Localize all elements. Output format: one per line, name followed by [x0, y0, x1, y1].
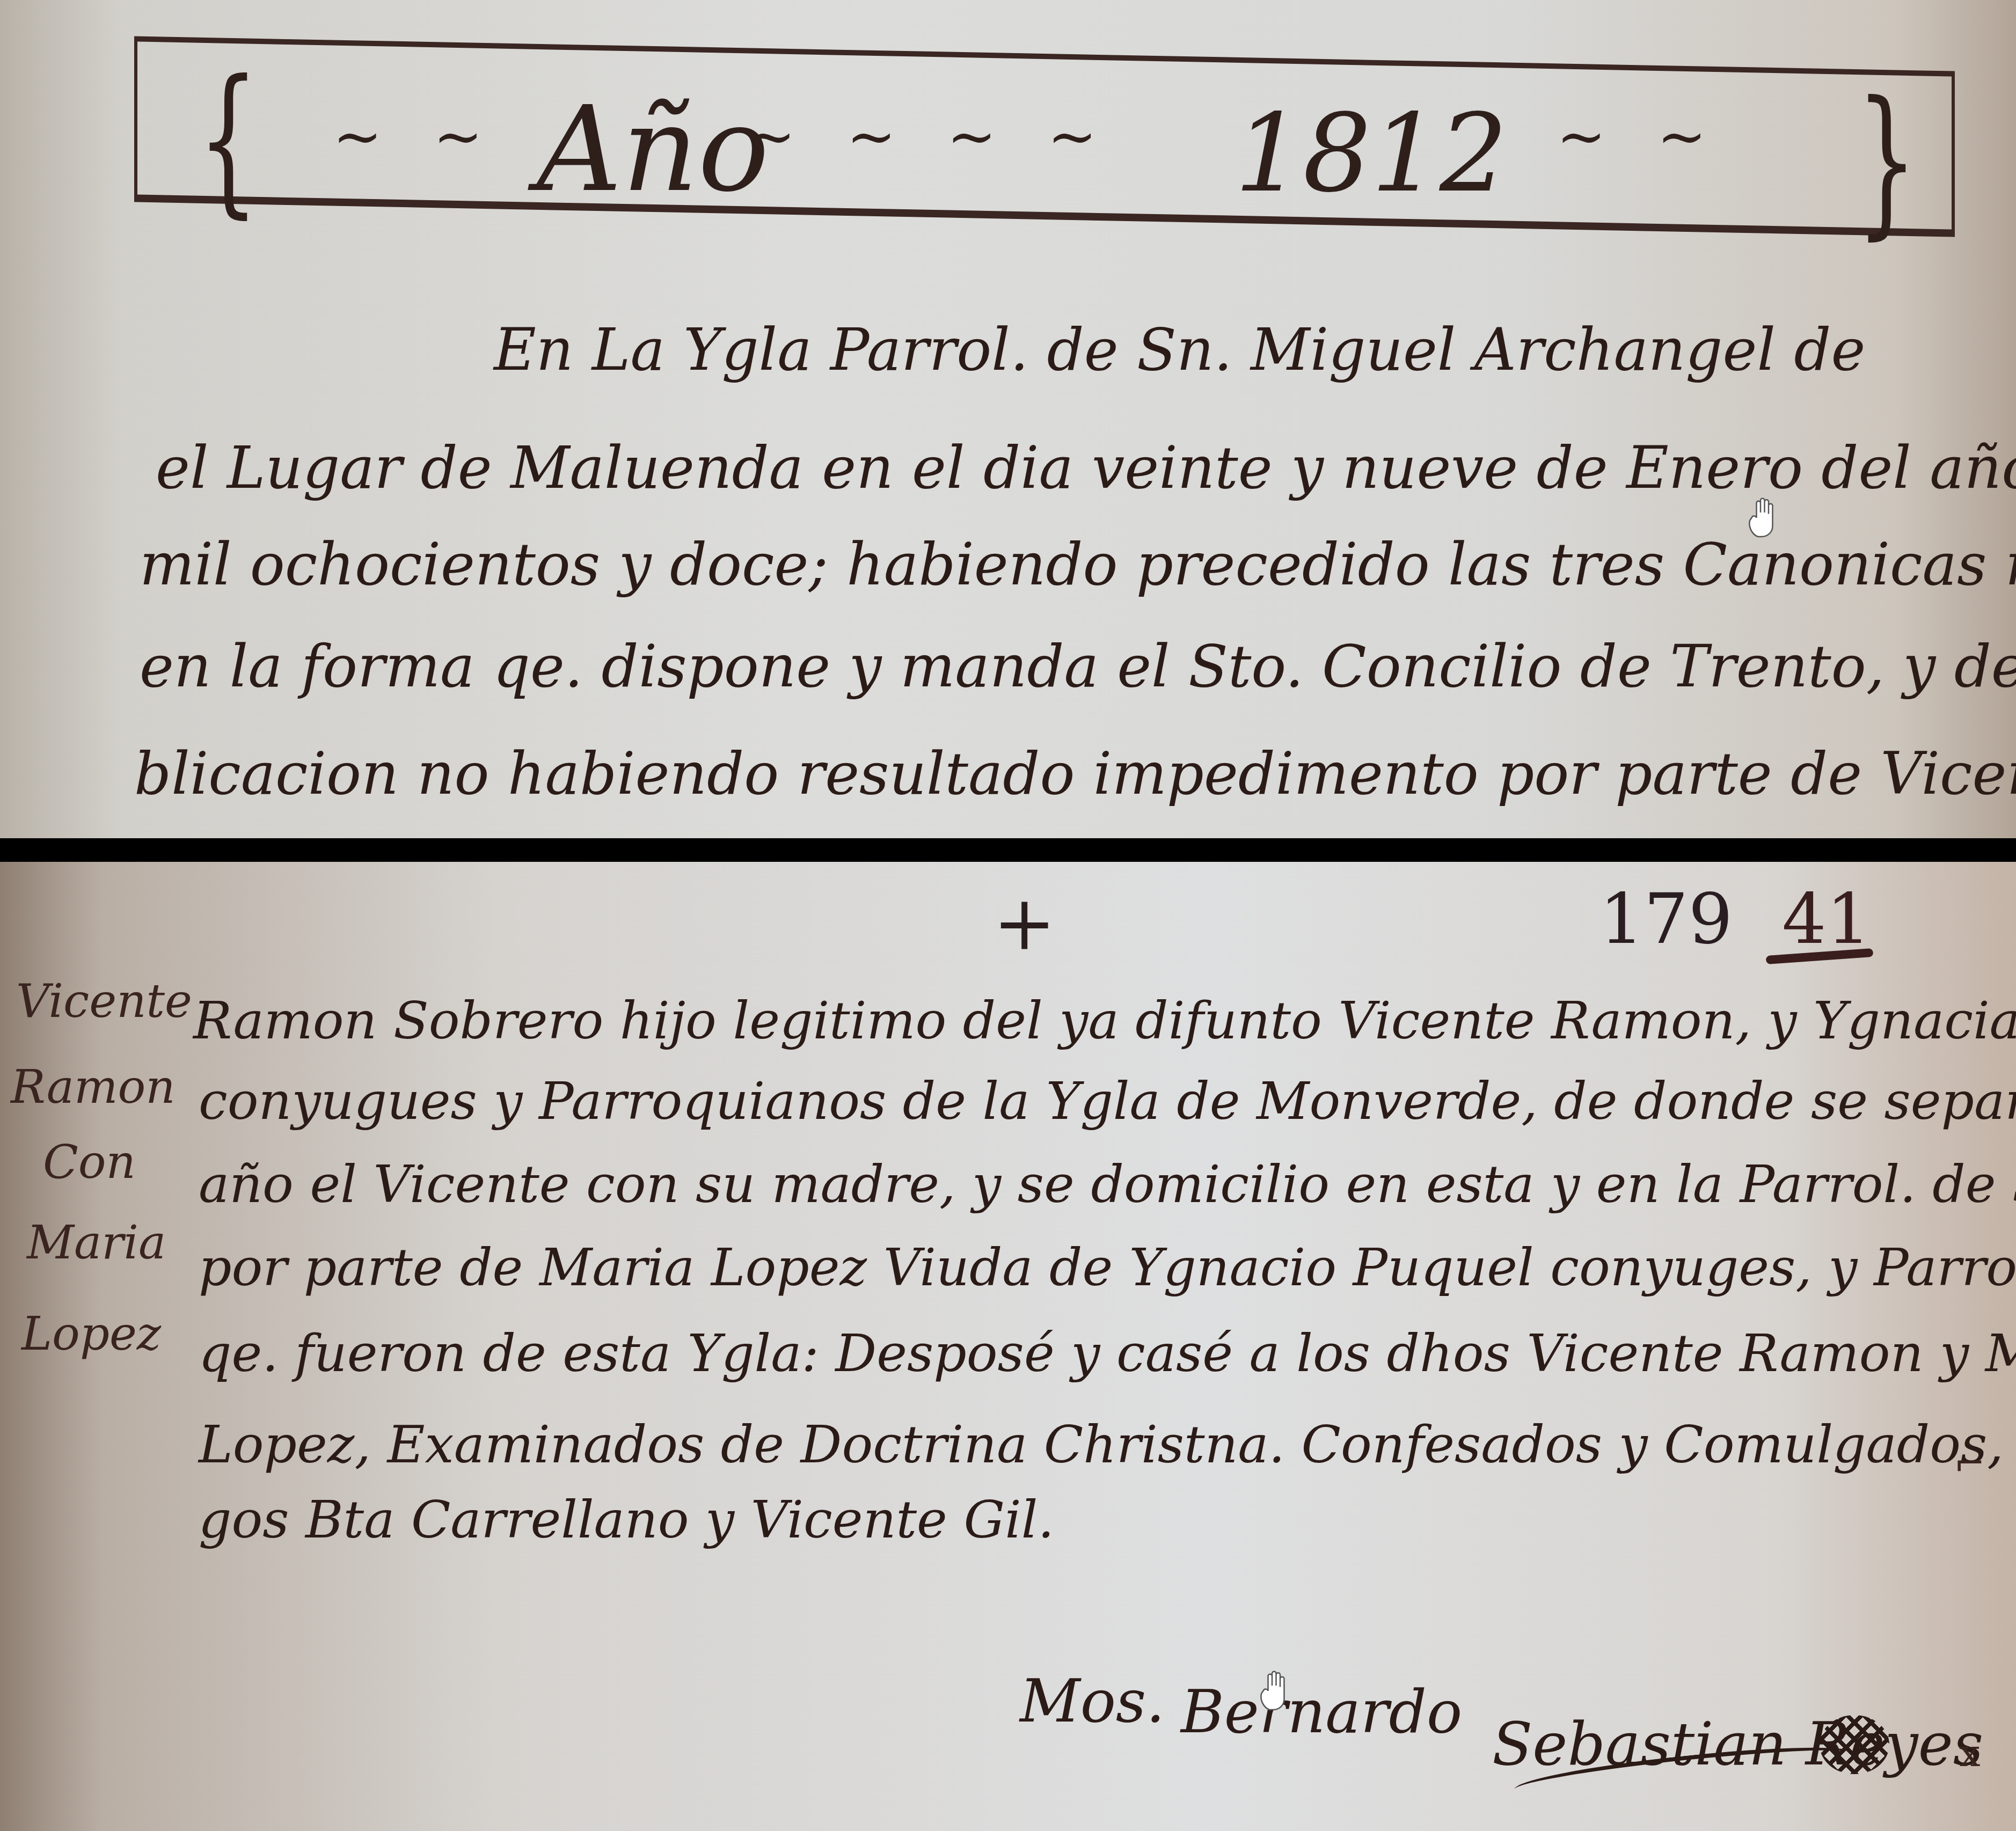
entry-line-9: por parte de Maria Lopez Viuda de Ygnaci…: [199, 1237, 2016, 1298]
signature-rubric-knot: [1820, 1715, 1889, 1774]
entry-line-6: Ramon Sobrero hijo legitimo del ya difun…: [193, 991, 2016, 1051]
folio-secondary-number: 41: [1782, 878, 1871, 960]
header-dashes-mid: ~ ~ ~ ~: [746, 102, 1113, 171]
margin-tick-mark: ⌐: [1954, 1441, 1985, 1485]
entry-line-12: gos Bta Carrellano y Vicente Gil.: [199, 1490, 1054, 1550]
manuscript-panel-top: { ~ ~ Año ~ ~ ~ ~ 1812 ~ ~ } En La Ygla …: [0, 0, 2016, 838]
hand-cursor-icon: [1747, 496, 1779, 539]
manuscript-panel-bottom: + 179 41 Vicente Ramon Con Maria Lopez R…: [0, 862, 2016, 1831]
header-year: 1812: [1235, 91, 1508, 216]
panel-separator: [0, 838, 2016, 862]
margin-name-line-4: Maria: [27, 1216, 166, 1270]
header-dashes-left: ~ ~: [333, 102, 499, 171]
folio-number: 179: [1599, 878, 1733, 960]
entry-line-8: año el Vicente con su madre, y se domici…: [199, 1154, 2016, 1214]
entry-line-2: el Lugar de Maluenda en el dia veinte y …: [156, 435, 2016, 502]
entry-line-5: blicacion no habiendo resultado impedime…: [134, 741, 2016, 808]
header-brace-left: {: [198, 59, 259, 220]
entry-line-11: Lopez, Examinados de Doctrina Christna. …: [199, 1415, 2016, 1475]
entry-line-1: En La Ygla Parrol. de Sn. Miguel Archang…: [494, 317, 1865, 384]
margin-name-line-3: Con: [43, 1136, 136, 1189]
signature-first-name: Bernardo: [1181, 1678, 1462, 1746]
signature-title: Mos.: [1020, 1667, 1165, 1735]
entry-line-10: qe. fueron de esta Ygla: Desposé y casé …: [199, 1323, 2016, 1383]
entry-line-7: conyugues y Parroquianos de la Ygla de M…: [199, 1071, 2016, 1131]
header-title-word: Año: [537, 80, 769, 218]
margin-x-mark: x: [1959, 1731, 1980, 1775]
entry-line-4: en la forma qe. dispone y manda el Sto. …: [140, 633, 2016, 700]
entry-line-3: mil ochocientos y doce; habiendo precedi…: [140, 531, 2016, 598]
hand-cursor-icon: [1259, 1669, 1291, 1712]
margin-name-line-2: Ramon: [11, 1060, 176, 1114]
cross-mark: +: [993, 880, 1056, 968]
header-dashes-right: ~ ~: [1557, 102, 1722, 171]
header-brace-right: }: [1856, 80, 1918, 241]
margin-name-line-5: Lopez: [21, 1307, 161, 1361]
margin-name-line-1: Vicente: [16, 975, 192, 1028]
